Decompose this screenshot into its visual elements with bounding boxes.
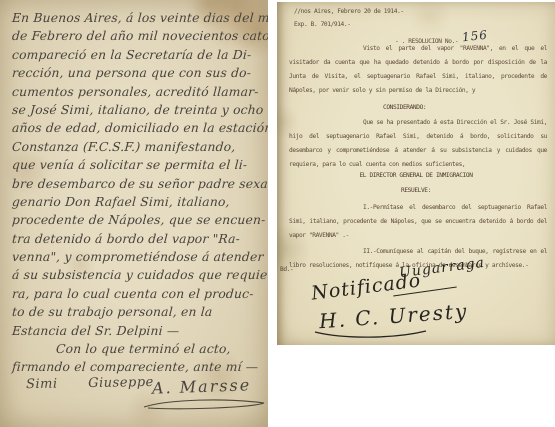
heading-resuelve: RESUELVE: [277, 187, 555, 194]
typewritten-page: //nos Aires, Febrero 20 de 1914.- Exp. B… [277, 2, 555, 345]
handwritten-line: bre desembarco de su señor padre sexa- [11, 175, 264, 193]
handwritten-line: Constanza (F.C.S.F.) manifestando, [11, 138, 264, 156]
handwritten-line: Con lo que terminó el acto, [11, 340, 264, 358]
date-line: //nos Aires, Febrero 20 de 1914.- [294, 8, 404, 15]
handwritten-line: de Febrero del año mil novecientos cator… [11, 27, 264, 45]
handwritten-line: tra detenido á bordo del vapor "Ra- [11, 230, 264, 248]
handwritten-line: á su subsistencia y cuidados que requie- [11, 266, 264, 284]
handwritten-line: se José Simi, italiano, de treinta y och… [11, 101, 264, 119]
paragraph-visto: Visto el parte del vapor "RAVENNA", en e… [289, 42, 547, 98]
handwritten-line: cumentos personales, acreditó llamar- [11, 83, 264, 101]
document-scan: En Buenos Aires, á los veinte dias del m… [0, 0, 555, 427]
resolution-item-1: I.-Permítase el desembarco del septuagen… [289, 201, 547, 243]
handwritten-line: compareció en la Secretaría de la Di- [11, 46, 264, 64]
paragraph-considerando: Que se ha presentado á esta Dirección el… [289, 116, 547, 172]
signature-comparer: Simi Giuseppe [26, 375, 154, 392]
handwritten-line: que venía á solicitar se permita el li- [11, 156, 264, 174]
handwritten-line: genario Don Rafael Simi, italiano, [11, 193, 264, 211]
handwritten-page: En Buenos Aires, á los veinte dias del m… [0, 0, 268, 427]
handwritten-line: procedente de Nápoles, que se encuen- [11, 211, 264, 229]
heading-considerando: CONSIDERANDO: [383, 104, 426, 111]
signature-official: A. Marsse [152, 375, 252, 397]
handwritten-line: rección, una persona que con sus do- [11, 64, 264, 82]
handwritten-line: venna", y comprometiéndose á atender [11, 248, 264, 266]
handwritten-line: to de su trabajo personal, en la [11, 303, 264, 321]
handwritten-line: firmando el compareciente, ante mí — [11, 358, 264, 376]
heading-director-general: EL DIRECTOR GENERAL DE INMIGRACION [277, 172, 555, 179]
signature-flourish [140, 396, 268, 412]
handwritten-line: Estancia del Sr. Delpini — [11, 322, 264, 340]
margin-note: Bd.- [280, 266, 293, 273]
signature-underline [313, 328, 429, 340]
handwritten-text-block: En Buenos Aires, á los veinte dias del m… [12, 9, 264, 377]
handwritten-line: años de edad, domiciliado en la estación [11, 119, 264, 137]
file-number: Exp. B. 701/914.- [294, 21, 351, 28]
handwritten-line: En Buenos Aires, á los veinte dias del m… [11, 9, 264, 27]
handwritten-line: ra, para lo cual cuenta con el produc- [11, 285, 264, 303]
